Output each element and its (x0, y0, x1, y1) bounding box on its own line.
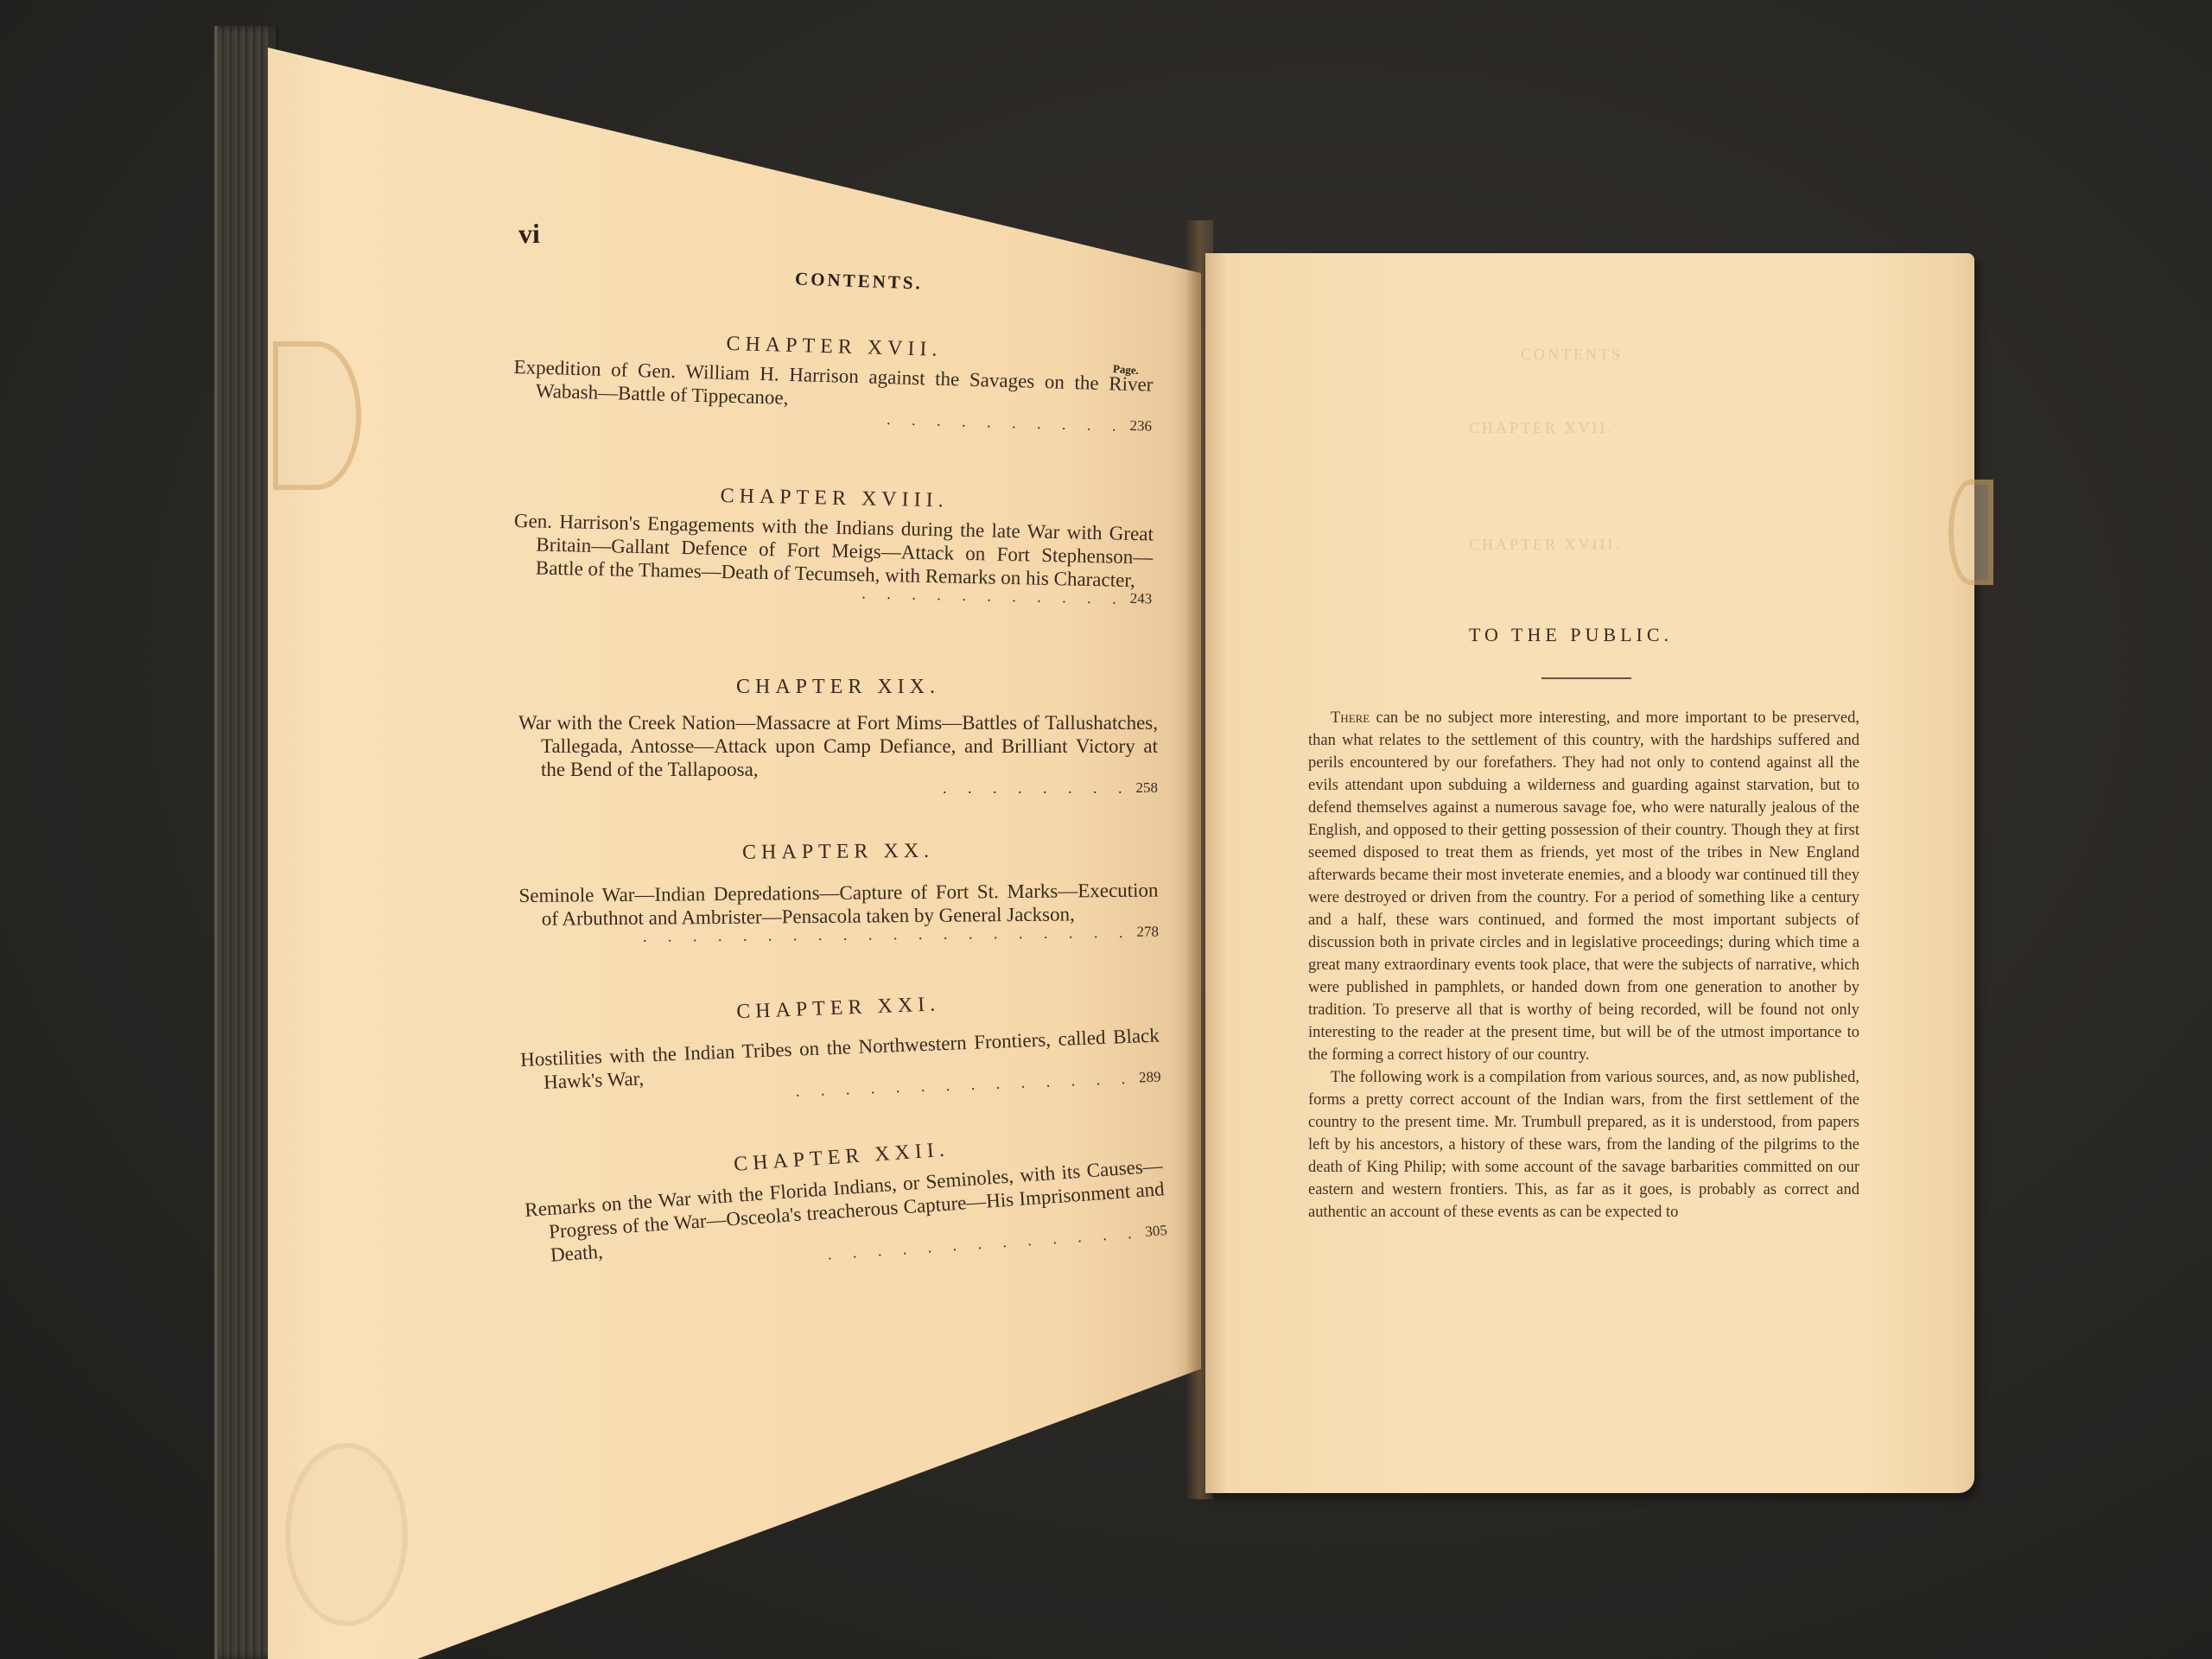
show-through-text: CHAPTER XVII. (1469, 419, 1614, 437)
heading-rule (1541, 677, 1631, 679)
book-photo: CONTENTS CHAPTER XVII. CHAPTER XVIII. vi… (0, 0, 2212, 1659)
toc-entry-chapter-17: CHAPTER XVII. Expedition of Gen. William… (512, 327, 1154, 436)
page-number: 289 (1139, 1069, 1161, 1088)
page-folio: vi (518, 218, 540, 250)
toc-entry-chapter-19: CHAPTER XIX. War with the Creek Nation—M… (518, 676, 1158, 798)
preface-paragraph: The following work is a compilation from… (1308, 1066, 1859, 1224)
chapter-description: Seminole War—Indian Depredations—Capture… (518, 879, 1158, 931)
toc-entry-chapter-20: CHAPTER XX. Seminole War—Indian Depredat… (518, 838, 1159, 947)
paragraph-text: can be no subject more interesting, and … (1308, 709, 1859, 1064)
paragraph-lead: There (1331, 709, 1370, 727)
water-stain (1948, 480, 1993, 585)
page-number: 243 (1130, 590, 1153, 609)
page-number: 236 (1129, 417, 1152, 436)
page-number: 278 (1136, 924, 1159, 942)
paragraph-text: The following work is a compilation from… (1308, 1069, 1859, 1221)
contents-heading: CONTENTS. (795, 268, 924, 294)
toc-entry-chapter-18: CHAPTER XVIII. Gen. Harrison's Engagemen… (512, 480, 1154, 608)
water-stain (273, 341, 361, 490)
chapter-description: Gen. Harrison's Engagements with the Ind… (513, 509, 1154, 592)
show-through-text: CHAPTER XVIII. (1469, 536, 1622, 554)
water-stain (285, 1443, 408, 1626)
preface-heading: TO THE PUBLIC. (1469, 624, 1673, 646)
chapter-heading: CHAPTER XX. (518, 838, 1158, 867)
chapter-heading: CHAPTER XIX. (518, 676, 1158, 699)
preface-paragraph: There can be no subject more interesting… (1308, 707, 1859, 1066)
leader-dots: . . . . . . . . (943, 779, 1131, 798)
show-through-text: CONTENTS (1521, 346, 1623, 364)
chapter-description: War with the Creek Nation—Massacre at Fo… (518, 711, 1158, 781)
page-number: 258 (1136, 779, 1159, 798)
page-number: 305 (1145, 1222, 1168, 1242)
preface-body: There can be no subject more interesting… (1308, 707, 1859, 1224)
